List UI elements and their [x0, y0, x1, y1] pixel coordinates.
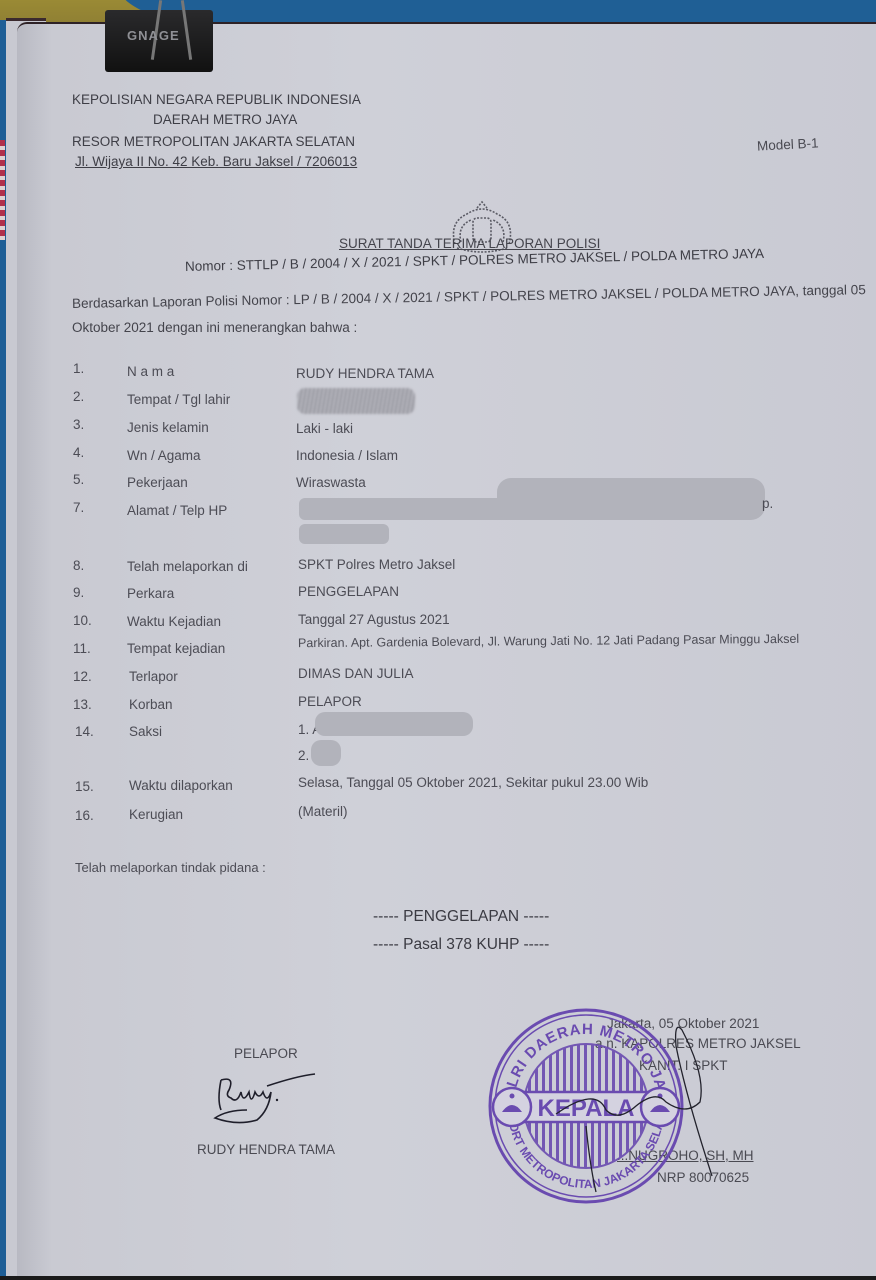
document-title: SURAT TANDA TERIMA LAPORAN POLISI — [339, 236, 600, 251]
redacted-birth — [297, 388, 415, 414]
red-strip — [0, 140, 5, 240]
binder-clip: GNAGE — [105, 10, 213, 72]
reporter-role: PELAPOR — [234, 1046, 298, 1061]
field-num: 16. — [75, 808, 94, 823]
field-label: Wn / Agama — [127, 448, 201, 463]
field-value: PELAPOR — [298, 694, 362, 709]
field-label: N a m a — [127, 364, 174, 379]
bottom-edge — [0, 1276, 876, 1280]
header-address: Jl. Wijaya II No. 42 Keb. Baru Jaksel / … — [75, 154, 357, 169]
intro-line2: Oktober 2021 dengan ini menerangkan bahw… — [72, 320, 357, 335]
reporter-name: RUDY HENDRA TAMA — [197, 1142, 335, 1157]
crime-name: ----- PENGGELAPAN ----- — [373, 908, 549, 926]
intro-line1: Berdasarkan Laporan Polisi Nomor : LP / … — [72, 282, 866, 311]
redacted-address-extra — [497, 478, 765, 520]
redacted-witness-1 — [315, 712, 473, 736]
field-num: 10. — [73, 613, 92, 628]
crime-intro: Telah melaporkan tindak pidana : — [75, 860, 266, 875]
field-num: 4. — [73, 445, 84, 460]
field-num: 13. — [73, 697, 92, 712]
field-value: PENGGELAPAN — [298, 584, 399, 599]
field-label: Tempat kejadian — [127, 641, 225, 656]
field-value: Tanggal 27 Agustus 2021 — [298, 612, 450, 627]
field-value-2: 2. — [298, 748, 309, 763]
field-label: Telah melaporkan di — [127, 559, 248, 574]
field-num: 7. — [73, 500, 84, 515]
field-label: Perkara — [127, 586, 174, 601]
field-num: 1. — [73, 361, 84, 376]
field-num: 15. — [75, 779, 94, 794]
field-num: 5. — [73, 472, 84, 487]
field-label: Korban — [129, 697, 173, 712]
field-num: 11. — [73, 641, 91, 656]
model-label: Model B-1 — [757, 135, 819, 153]
document-page: KEPOLISIAN NEGARA REPUBLIK INDONESIA DAE… — [17, 22, 876, 1280]
header-line2: DAERAH METRO JAYA — [153, 112, 297, 127]
field-num: 3. — [73, 417, 84, 432]
field-label: Saksi — [129, 724, 162, 739]
field-value: Selasa, Tanggal 05 Oktober 2021, Sekitar… — [298, 775, 648, 790]
field-num: 12. — [73, 669, 92, 684]
clip-label: GNAGE — [127, 28, 180, 43]
field-label: Jenis kelamin — [127, 420, 209, 435]
header-line3: RESOR METROPOLITAN JAKARTA SELATAN — [72, 134, 355, 149]
field-num: 2. — [73, 389, 84, 404]
field-label: Alamat / Telp HP — [127, 503, 227, 518]
field-label: Tempat / Tgl lahir — [127, 392, 230, 407]
crime-article: ----- Pasal 378 KUHP ----- — [373, 936, 549, 954]
field-value: SPKT Polres Metro Jaksel — [298, 557, 455, 572]
field-label: Pekerjaan — [127, 475, 188, 490]
field-trailing: p. — [762, 496, 773, 511]
field-label: Terlapor — [129, 669, 178, 684]
header-line1: KEPOLISIAN NEGARA REPUBLIK INDONESIA — [72, 92, 361, 107]
field-value: Laki - laki — [296, 421, 353, 436]
field-num: 9. — [73, 585, 84, 600]
field-value: DIMAS DAN JULIA — [298, 666, 414, 681]
field-value: Wiraswasta — [296, 475, 366, 490]
field-value: Indonesia / Islam — [296, 448, 398, 463]
field-num: 14. — [75, 724, 94, 739]
reporter-signature — [207, 1070, 327, 1130]
field-value: Parkiran. Apt. Gardenia Bolevard, Jl. Wa… — [298, 632, 799, 650]
redacted-phone — [299, 524, 389, 544]
official-stamp: POLRI DAERAH METRO JAYA RESORT METROPOLI… — [486, 1006, 686, 1206]
field-label: Waktu dilaporkan — [129, 778, 233, 793]
field-label: Kerugian — [129, 807, 183, 822]
field-num: 8. — [73, 558, 84, 573]
clip-wire — [181, 0, 192, 60]
field-value: RUDY HENDRA TAMA — [296, 366, 434, 381]
field-label: Waktu Kejadian — [127, 614, 221, 629]
field-value: (Materil) — [298, 804, 348, 819]
redacted-witness-2 — [311, 740, 341, 766]
